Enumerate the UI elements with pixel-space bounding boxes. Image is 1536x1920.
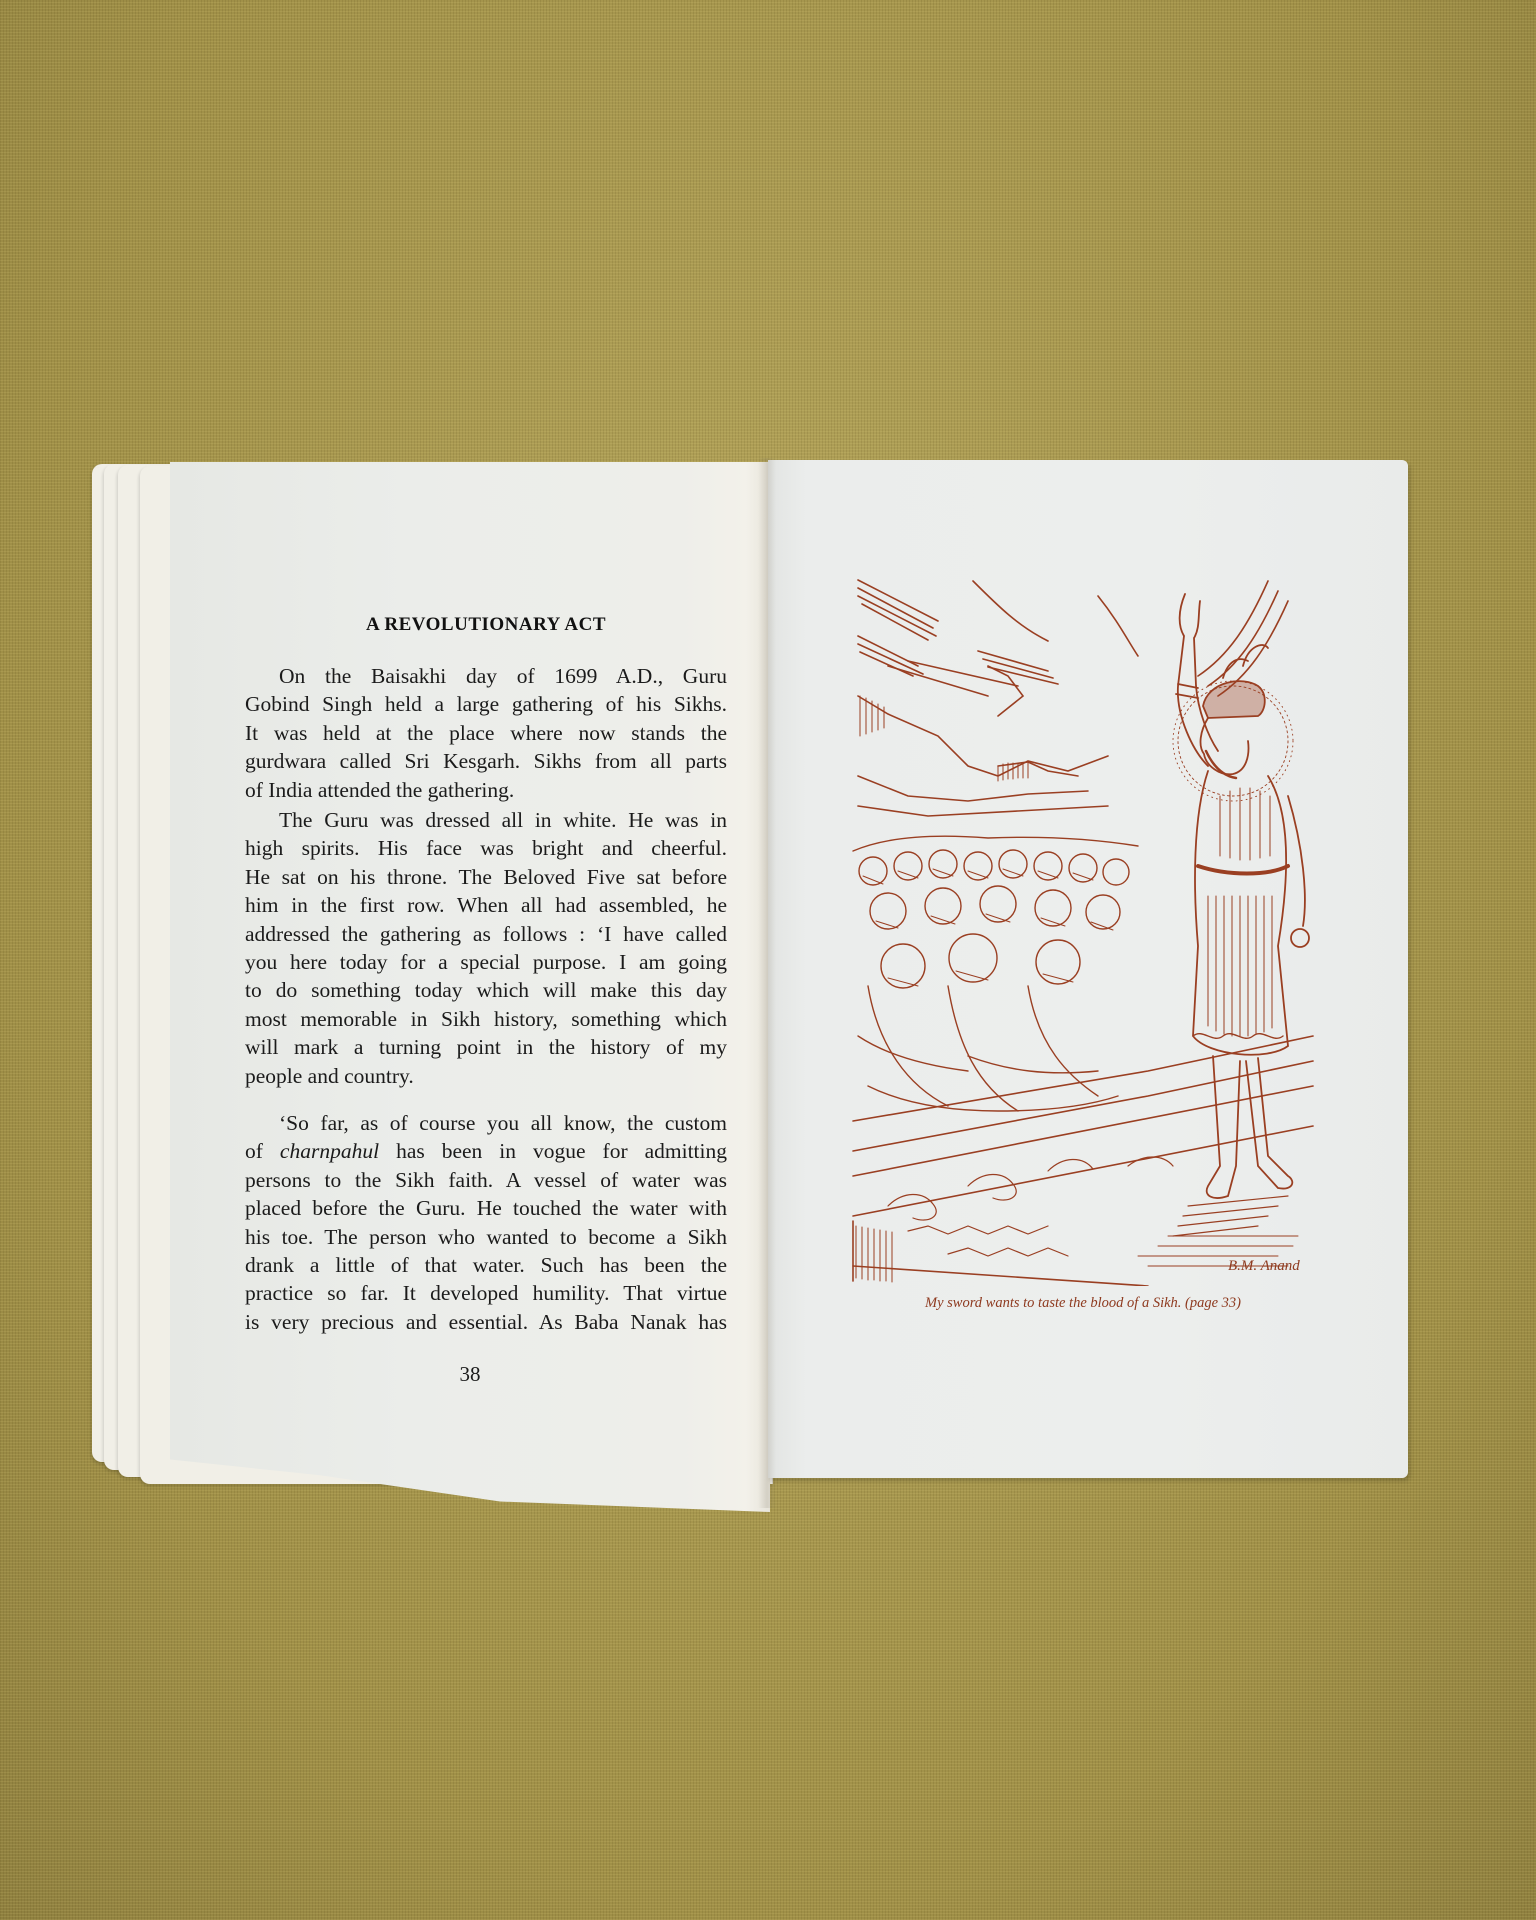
text-line: you here today for a special purpose. I … bbox=[245, 948, 727, 976]
text-line: It was held at the place where now stand… bbox=[245, 719, 727, 747]
chapter-title: A REVOLUTIONARY ACT bbox=[245, 614, 727, 636]
text-line: to do something today which will make th… bbox=[245, 976, 727, 1004]
paragraph-2: The Guru was dressed all in white. He wa… bbox=[245, 806, 727, 1090]
text-line: drank a little of that water. Such has b… bbox=[245, 1251, 727, 1279]
text-line: persons to the Sikh faith. A vessel of w… bbox=[245, 1166, 727, 1194]
text-fragment: has been in vogue for admitting bbox=[396, 1139, 727, 1163]
illustration-caption: My sword wants to taste the blood of a S… bbox=[848, 1295, 1318, 1312]
text-line: addressed the gathering as follows : ‘I … bbox=[245, 920, 727, 948]
text-line: placed before the Guru. He touched the w… bbox=[245, 1194, 727, 1222]
text-line: is very precious and essential. As Baba … bbox=[245, 1308, 727, 1336]
text-line: most memorable in Sikh history, somethin… bbox=[245, 1005, 727, 1033]
paragraph-3: ‘So far, as of course you all know, the … bbox=[245, 1109, 727, 1336]
paragraph-1: On the Baisakhi day of 1699 A.D., Guru G… bbox=[245, 662, 727, 804]
carpet-pattern bbox=[888, 1157, 1173, 1256]
text-fragment: of bbox=[245, 1139, 263, 1163]
text-line: him in the first row. When all had assem… bbox=[245, 891, 727, 919]
text-line: high spirits. His face was bright and ch… bbox=[245, 834, 727, 862]
text-line: will mark a turning point in the history… bbox=[245, 1033, 727, 1061]
artist-signature: B.M. Anand bbox=[1228, 1258, 1300, 1275]
text-line: of India attended the gathering. bbox=[245, 776, 727, 804]
text-line: Gobind Singh held a large gathering of h… bbox=[245, 690, 727, 718]
text-line: practice so far. It developed humility. … bbox=[245, 1279, 727, 1307]
illustration-guru-addressing-crowd bbox=[848, 566, 1318, 1286]
crowd bbox=[853, 836, 1138, 1111]
text-line: On the Baisakhi day of 1699 A.D., Guru bbox=[245, 662, 727, 690]
open-book: A REVOLUTIONARY ACT On the Baisakhi day … bbox=[0, 0, 1536, 1920]
text-line: The Guru was dressed all in white. He wa… bbox=[245, 806, 727, 834]
text-line: of charnpahul has been in vogue for admi… bbox=[245, 1137, 727, 1165]
text-line: gurdwara called Sri Kesgarh. Sikhs from … bbox=[245, 747, 727, 775]
mountain-shading bbox=[860, 696, 1028, 781]
text-line: ‘So far, as of course you all know, the … bbox=[245, 1109, 727, 1137]
mountains bbox=[858, 666, 1108, 816]
text-line: people and country. bbox=[245, 1062, 727, 1090]
page-number: 38 bbox=[440, 1362, 500, 1387]
book-gutter bbox=[758, 458, 776, 1508]
text-line: his toe. The person who wanted to become… bbox=[245, 1223, 727, 1251]
text-line: He sat on his throne. The Beloved Five s… bbox=[245, 863, 727, 891]
italic-term: charnpahul bbox=[280, 1139, 379, 1163]
